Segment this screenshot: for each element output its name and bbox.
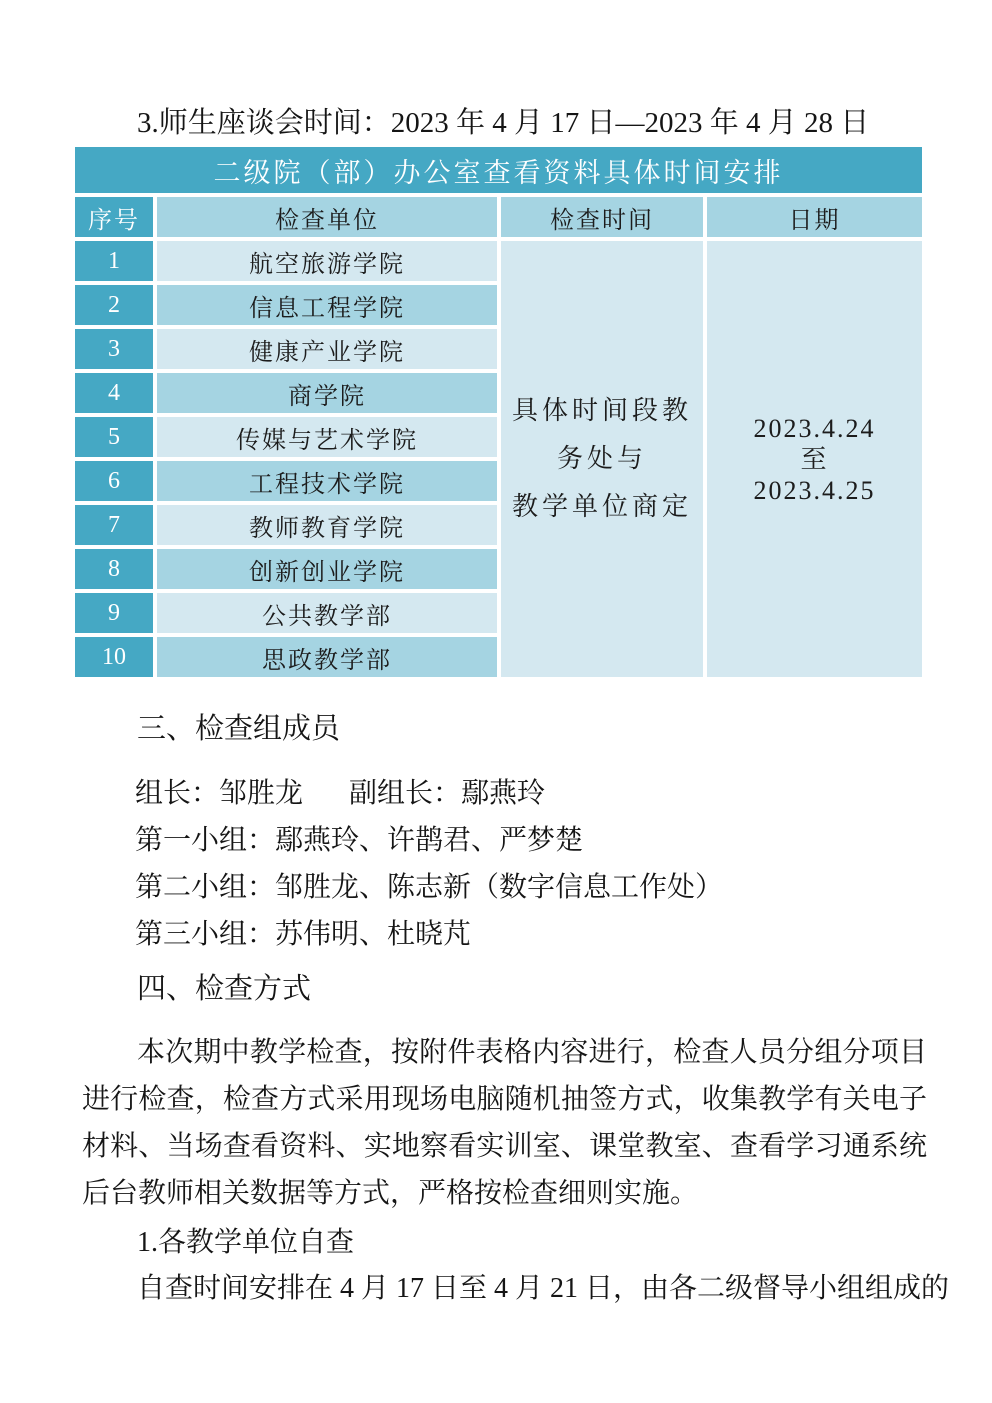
group1-line: 第一小组：鄢燕玲、许鹊君、严梦楚 xyxy=(135,817,723,864)
members-block: 组长：邹胜龙副组长：鄢燕玲 第一小组：鄢燕玲、许鹊君、严梦楚 第二小组：邹胜龙、… xyxy=(135,770,723,958)
table-title: 二级院（部）办公室查看资料具体时间安排 xyxy=(75,147,922,193)
unit-cell: 工程技术学院 xyxy=(157,461,497,501)
item1-heading: 1.各教学单位自查 xyxy=(137,1220,354,1260)
row-number-cell: 7 xyxy=(75,505,153,545)
unit-cell: 创新创业学院 xyxy=(157,549,497,589)
column-header-unit: 检查单位 xyxy=(157,197,497,237)
unit-cell: 思政教学部 xyxy=(157,637,497,677)
group3-line: 第三小组：苏伟明、杜晓芃 xyxy=(135,911,723,958)
time-note-cell: 具体时间段教务处与教学单位商定 xyxy=(501,241,703,677)
document-page: 3.师生座谈会时间：2023 年 4 月 17 日—2023 年 4 月 28 … xyxy=(0,0,992,1403)
row-number-cell: 10 xyxy=(75,637,153,677)
time-note-line: 教学单位商定 xyxy=(501,483,703,531)
schedule-table: 二级院（部）办公室查看资料具体时间安排 序号 检查单位 检查时间 日期 1航空旅… xyxy=(71,143,926,681)
date-range-line: 2023.4.24 xyxy=(707,413,922,444)
unit-cell: 公共教学部 xyxy=(157,593,497,633)
row-number-cell: 3 xyxy=(75,329,153,369)
row-number-cell: 9 xyxy=(75,593,153,633)
row-number-cell: 5 xyxy=(75,417,153,457)
row-number-cell: 2 xyxy=(75,285,153,325)
leader-label: 组长：邹胜龙 xyxy=(135,778,303,809)
time-note-line: 具体时间段教务处与 xyxy=(501,387,703,483)
unit-cell: 商学院 xyxy=(157,373,497,413)
column-header-date: 日期 xyxy=(707,197,922,237)
unit-cell: 传媒与艺术学院 xyxy=(157,417,497,457)
table-row: 1航空旅游学院具体时间段教务处与教学单位商定2023.4.24至2023.4.2… xyxy=(75,241,922,281)
column-header-time: 检查时间 xyxy=(501,197,703,237)
deputy-label: 副组长：鄢燕玲 xyxy=(349,778,545,809)
unit-cell: 信息工程学院 xyxy=(157,285,497,325)
column-header-no: 序号 xyxy=(75,197,153,237)
unit-cell: 航空旅游学院 xyxy=(157,241,497,281)
section3-heading: 三、检查组成员 xyxy=(137,706,340,747)
row-number-cell: 6 xyxy=(75,461,153,501)
schedule-table-body: 1航空旅游学院具体时间段教务处与教学单位商定2023.4.24至2023.4.2… xyxy=(75,241,922,677)
table-header-row: 序号 检查单位 检查时间 日期 xyxy=(75,197,922,237)
leader-line: 组长：邹胜龙副组长：鄢燕玲 xyxy=(135,770,723,817)
meeting-time-line: 3.师生座谈会时间：2023 年 4 月 17 日—2023 年 4 月 28 … xyxy=(137,100,869,141)
method-paragraph: 本次期中教学检查，按附件表格内容进行，检查人员分组分项目进行检查，检查方式采用现… xyxy=(82,1029,927,1217)
row-number-cell: 8 xyxy=(75,549,153,589)
date-range-cell: 2023.4.24至2023.4.25 xyxy=(707,241,922,677)
date-range-line: 至 xyxy=(707,444,922,475)
group2-line: 第二小组：邹胜龙、陈志新（数字信息工作处） xyxy=(135,864,723,911)
section4-heading: 四、检查方式 xyxy=(137,966,311,1007)
item1-line: 自查时间安排在 4 月 17 日至 4 月 21 日，由各二级督导小组组成的 xyxy=(137,1266,949,1306)
unit-cell: 健康产业学院 xyxy=(157,329,497,369)
date-range-line: 2023.4.25 xyxy=(707,475,922,506)
row-number-cell: 4 xyxy=(75,373,153,413)
row-number-cell: 1 xyxy=(75,241,153,281)
table-title-row: 二级院（部）办公室查看资料具体时间安排 xyxy=(75,147,922,193)
unit-cell: 教师教育学院 xyxy=(157,505,497,545)
